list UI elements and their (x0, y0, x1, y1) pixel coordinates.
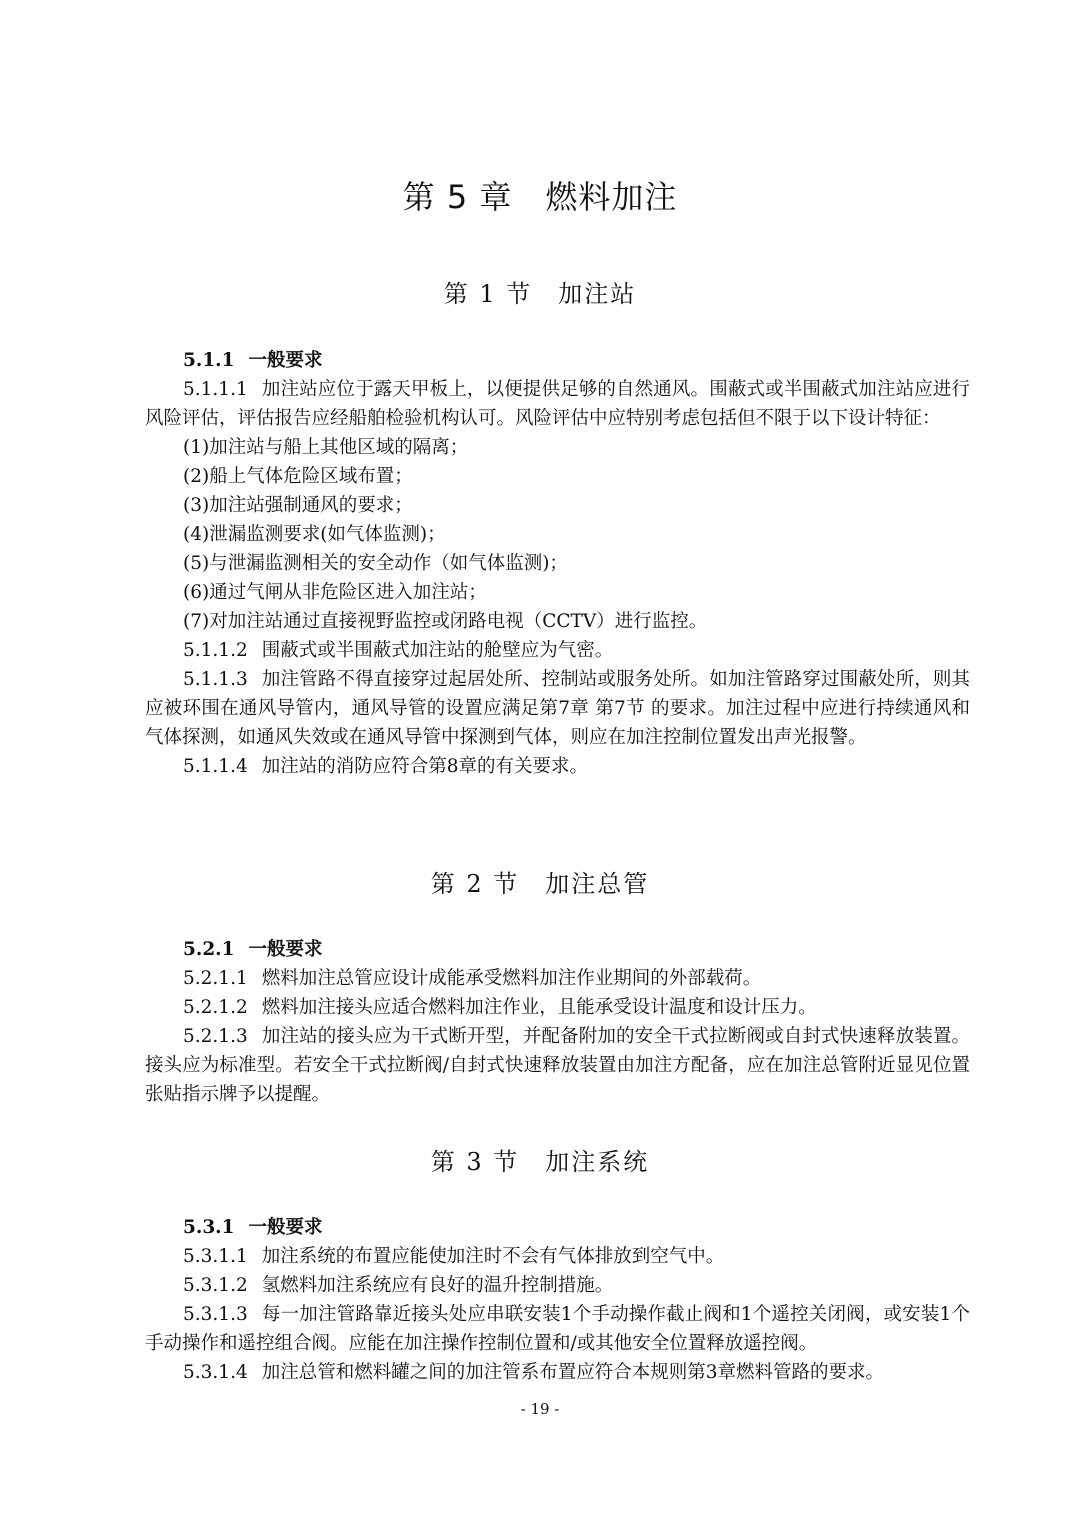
paragraph: 5.2.1.1燃料加注总管应设计成能承受燃料加注作业期间的外部载荷。 (145, 964, 970, 993)
section-title-2: 第 2 节 加注总管 (0, 864, 1080, 899)
paragraph: 5.3.1.3每一加注管路靠近接头处应串联安装1个手动操作截止阀和1个遥控关闭阀… (145, 1300, 970, 1358)
paragraph: 5.1.1.4加注站的消防应符合第8章的有关要求。 (145, 752, 970, 781)
list-item: (4)泄漏监测要求(如气体监测)； (145, 520, 970, 549)
list-item: (2)船上气体危险区域布置； (145, 462, 970, 491)
section-title-1: 第 1 节 加注站 (0, 274, 1080, 309)
paragraph: 5.1.1.3加注管路不得直接穿过起居处所、控制站或服务处所。如加注管路穿过围蔽… (145, 665, 970, 752)
subsection-heading: 5.3.1一般要求 (145, 1213, 970, 1242)
list-item: (6)通过气闸从非危险区进入加注站； (145, 578, 970, 607)
section-title-3: 第 3 节 加注系统 (0, 1142, 1080, 1177)
section-1-body: 5.1.1一般要求 5.1.1.1加注站应位于露天甲板上，以便提供足够的自然通风… (145, 346, 970, 781)
list-item: (5)与泄漏监测相关的安全动作（如气体监测)； (145, 549, 970, 578)
subsection-heading: 5.2.1一般要求 (145, 935, 970, 964)
chapter-title: 第 5 章 燃料加注 (0, 172, 1080, 218)
list-item: (3)加注站强制通风的要求； (145, 491, 970, 520)
paragraph: 5.3.1.2氢燃料加注系统应有良好的温升控制措施。 (145, 1271, 970, 1300)
list-item: (7)对加注站通过直接视野监控或闭路电视（CCTV）进行监控。 (145, 607, 970, 636)
document-page: 第 5 章 燃料加注 第 1 节 加注站 5.1.1一般要求 5.1.1.1加注… (0, 0, 1080, 1528)
section-3-body: 5.3.1一般要求 5.3.1.1加注系统的布置应能使加注时不会有气体排放到空气… (145, 1213, 970, 1387)
subsection-heading: 5.1.1一般要求 (145, 346, 970, 375)
page-number: - 19 - (0, 1400, 1080, 1418)
paragraph: 5.2.1.2燃料加注接头应适合燃料加注作业，且能承受设计温度和设计压力。 (145, 993, 970, 1022)
paragraph: 5.3.1.1加注系统的布置应能使加注时不会有气体排放到空气中。 (145, 1242, 970, 1271)
paragraph: 5.1.1.1加注站应位于露天甲板上，以便提供足够的自然通风。围蔽式或半围蔽式加… (145, 375, 970, 433)
paragraph: 5.2.1.3加注站的接头应为干式断开型，并配备附加的安全干式拉断阀或自封式快速… (145, 1022, 970, 1109)
paragraph: 5.3.1.4加注总管和燃料罐之间的加注管系布置应符合本规则第3章燃料管路的要求… (145, 1358, 970, 1387)
list-item: (1)加注站与船上其他区域的隔离； (145, 433, 970, 462)
paragraph: 5.1.1.2围蔽式或半围蔽式加注站的舱壁应为气密。 (145, 636, 970, 665)
section-2-body: 5.2.1一般要求 5.2.1.1燃料加注总管应设计成能承受燃料加注作业期间的外… (145, 935, 970, 1109)
